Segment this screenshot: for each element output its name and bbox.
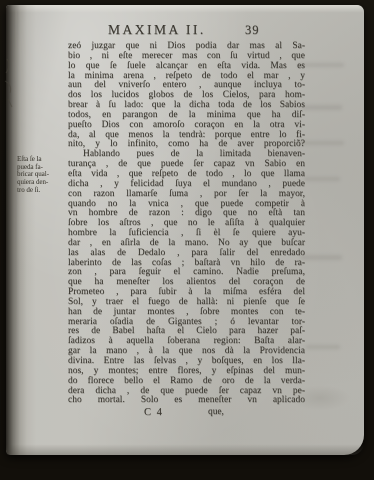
ink-showthrough bbox=[302, 105, 342, 110]
page-number: 39 bbox=[245, 23, 260, 38]
handwriting-marks bbox=[3, 53, 25, 113]
ink-showthrough bbox=[300, 255, 342, 260]
book-scan: MAXIMA II. 39 Eſta ſe lapueda fa-bricar … bbox=[0, 0, 374, 480]
text-line: tro de ſi. bbox=[17, 187, 73, 195]
page-header: MAXIMA II. 39 bbox=[68, 22, 304, 38]
book-page: MAXIMA II. 39 Eſta ſe lapueda fa-bricar … bbox=[6, 5, 364, 455]
binding-gutter-shadow bbox=[6, 5, 36, 455]
text-line: pueda fa- bbox=[17, 164, 73, 172]
text-line: quiera den- bbox=[17, 179, 73, 187]
page-edge-line bbox=[15, 7, 17, 453]
ink-showthrough bbox=[306, 345, 340, 349]
ink-showthrough bbox=[304, 177, 340, 181]
running-title: MAXIMA II. bbox=[108, 22, 206, 38]
paragraph-1: zeó juzgar que ni Dios podia dar mas al … bbox=[68, 42, 305, 150]
text-line: cho mortal. Solo es meneſter vn aplicado bbox=[68, 396, 305, 406]
paragraph-2: Hablando pues de la limitada bienaven-tu… bbox=[68, 150, 305, 406]
text-block: zeó juzgar que ni Dios podia dar mas al … bbox=[68, 42, 305, 419]
showthrough-marks bbox=[296, 45, 356, 425]
text-line: bricar qual- bbox=[17, 171, 73, 179]
signature-mark: C 4 bbox=[144, 407, 163, 418]
signature-line: C 4 que, bbox=[68, 407, 305, 419]
text-line: Eſta ſe la bbox=[17, 156, 73, 164]
margin-note: Eſta ſe lapueda fa-bricar qual-quiera de… bbox=[17, 156, 73, 195]
catchword: que, bbox=[208, 407, 224, 417]
